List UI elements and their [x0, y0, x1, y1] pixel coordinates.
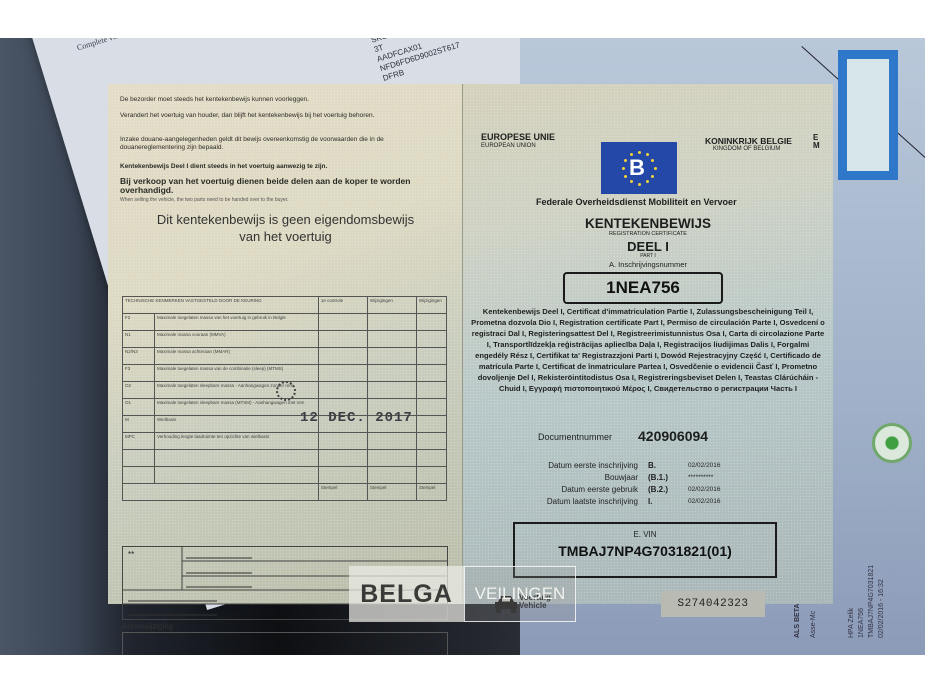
date-code: B.: [648, 461, 656, 470]
row-value-cell: [318, 382, 367, 399]
date-value: 02/02/2016: [688, 486, 721, 493]
date-label: Datum laatste inschrijving: [463, 497, 638, 506]
date-value: 02/02/2016: [688, 498, 721, 505]
row-value-cell: [416, 450, 446, 467]
row-label: Verhouding lengte laadruimte ten opzicht…: [155, 433, 319, 450]
blue-frame-graphic: [838, 50, 898, 180]
star-icon: [624, 159, 627, 162]
row-value-cell: [416, 348, 446, 365]
row-code: MPC: [123, 433, 155, 450]
row-value-cell: [416, 365, 446, 382]
row-code: F2: [123, 314, 155, 331]
issuing-authority: Federale Overheidsdienst Mobiliteit en V…: [536, 197, 737, 207]
notice-text: Inzake douane-aangelegenheden geldt dit …: [120, 136, 435, 152]
row-value-cell: [367, 348, 416, 365]
row-label: Maximale toegelaten massa van de combina…: [155, 365, 319, 382]
ownership-disclaimer: van het voertuig: [108, 229, 463, 244]
official-seal: [276, 381, 296, 401]
date-label: Datum eerste inschrijving: [463, 461, 638, 470]
part-label: DEEL I: [463, 239, 833, 254]
row-value-cell: [416, 433, 446, 450]
star-icon: [646, 180, 649, 183]
document-number-label: Documentnummer: [538, 432, 612, 442]
certificate-title: KENTEKENBEWIJS: [463, 216, 833, 231]
row-label: [155, 450, 319, 467]
registration-certificate: De bezorder moet steeds het kentekenbewi…: [108, 84, 834, 604]
row-value-cell: [416, 382, 446, 399]
row-value-cell: [367, 365, 416, 382]
stamp-label: Stempel: [367, 484, 416, 501]
notice-text: Verandert het voertuig van houder, dan b…: [120, 112, 420, 120]
table-row: N2/N3Maximale massa achteraan (MMAR): [123, 348, 447, 365]
row-value-cell: [318, 314, 367, 331]
row-label: Wielbasis: [155, 416, 319, 433]
row-code: [123, 467, 155, 484]
row-code: M: [123, 416, 155, 433]
star-icon: [654, 167, 657, 170]
table-row: F3Maximale toegelaten massa van de combi…: [123, 365, 447, 382]
row-value-cell: [318, 331, 367, 348]
table-row: F2Maximale toegelaten massa van het voer…: [123, 314, 447, 331]
star-icon: [651, 175, 654, 178]
union-name: EUROPESE UNIE: [481, 132, 555, 142]
row-value-cell: [318, 348, 367, 365]
row-label: [155, 467, 319, 484]
row-value-cell: [318, 433, 367, 450]
row-value-cell: [367, 433, 416, 450]
star-icon: [638, 183, 641, 186]
photo: CE-Certificat de conformité EG-Certifica…: [0, 38, 925, 655]
coc-line: Complete vehicles: [76, 38, 135, 52]
row-value-cell: [318, 450, 367, 467]
row-label: Maximale toegelaten sleepbare massa (MTS…: [155, 399, 319, 416]
plate-number: 1NEA756: [563, 272, 723, 304]
row-value-cell: [367, 314, 416, 331]
star-icon: [624, 175, 627, 178]
row-value-cell: [416, 331, 446, 348]
table-header: TECHNISCHE KENMERKEN VASTGESTELD DOOR DE…: [123, 297, 319, 314]
watermark-logo: BELGA VEILINGEN: [349, 566, 576, 622]
kingdom-name: KONINKRIJK BELGIE: [705, 136, 792, 146]
date-value: **********: [688, 474, 713, 481]
row-label: Maximale massa vooraan (MMVA): [155, 331, 319, 348]
left-page: De bezorder moet steeds het kentekenbewi…: [108, 84, 463, 604]
row-value-cell: [416, 399, 446, 416]
stamp-row: Stempel Stempel Stempel: [123, 484, 447, 501]
multilingual-title: Kentekenbewijs Deel I, Certificat d'imma…: [471, 306, 825, 394]
notice-text: Kentekenbewijs Deel I dient steeds in he…: [120, 163, 327, 170]
row-value-cell: [318, 365, 367, 382]
star-icon: [646, 153, 649, 156]
kingdom-name-english: KINGDOM OF BELGIUM: [713, 146, 780, 152]
table-header: Wijzigingen: [416, 297, 446, 314]
table-row: N1Maximale massa vooraan (MMVA): [123, 331, 447, 348]
date-value: 02/02/2016: [688, 462, 721, 469]
address-change-label: Adreswijziging: [122, 622, 173, 631]
certificate-title-english: REGISTRATION CERTIFICATE: [463, 231, 833, 237]
owner-marker: **: [128, 550, 134, 559]
vertical-text: 1NEA756: [858, 608, 865, 638]
edge-letters: E M: [813, 134, 820, 150]
row-value-cell: [367, 382, 416, 399]
stamp-label: Stempel: [416, 484, 446, 501]
row-code: N2/N3: [123, 348, 155, 365]
notice-text-english: When selling the vehicle, the two parts …: [120, 197, 288, 203]
ownership-disclaimer: Dit kentekenbewijs is geen eigendomsbewi…: [108, 212, 463, 227]
table-row: [123, 450, 447, 467]
row-code: O1: [123, 399, 155, 416]
row-code: O2: [123, 382, 155, 399]
serial-number: S274042323: [661, 591, 765, 617]
plate-number-label: A. Inschrijvingsnummer: [463, 260, 833, 269]
row-value-cell: [318, 467, 367, 484]
star-icon: [651, 159, 654, 162]
watermark-veilingen: VEILINGEN: [464, 566, 576, 622]
row-label: Maximale toegelaten massa van het voertu…: [155, 314, 319, 331]
vertical-text: 02/02/2016 - 16:32: [878, 579, 885, 638]
vin-number: TMBAJ7NP4G7031821(01): [515, 543, 775, 559]
date-label: Bouwjaar: [463, 473, 638, 482]
date-code: (B.1.): [648, 473, 668, 482]
star-icon: [630, 180, 633, 183]
row-code: F3: [123, 365, 155, 382]
table-row: MPCVerhouding lengte laadruimte ten opzi…: [123, 433, 447, 450]
table-row: [123, 467, 447, 484]
row-value-cell: [416, 416, 446, 433]
country-letter: B: [629, 155, 645, 181]
star-icon: [638, 151, 641, 154]
vertical-text: Asse-Mc: [810, 611, 817, 638]
vin-label: E. VIN: [515, 530, 775, 539]
green-swirl-graphic: [872, 423, 912, 463]
vertical-text: HPA Zelik: [848, 608, 855, 638]
star-icon: [630, 153, 633, 156]
right-page: EUROPESE UNIE EUROPEAN UNION KONINKRIJK …: [463, 84, 833, 604]
part-label-english: PART I: [463, 253, 833, 259]
date-label: Datum eerste gebruik: [463, 485, 638, 494]
table-header: 1e controle: [318, 297, 367, 314]
row-code: N1: [123, 331, 155, 348]
table-header-row: TECHNISCHE KENMERKEN VASTGESTELD DOOR DE…: [123, 297, 447, 314]
stamp-label: Stempel: [318, 484, 367, 501]
date-code: I.: [648, 497, 652, 506]
table-header: Wijzigingen: [367, 297, 416, 314]
row-code: [123, 450, 155, 467]
eu-flag-icon: B: [601, 142, 677, 194]
date-code: (B.2.): [648, 485, 668, 494]
notice-text: De bezorder moet steeds het kentekenbewi…: [120, 96, 309, 103]
watermark-belga: BELGA: [349, 566, 464, 622]
address-change-box: [122, 632, 448, 655]
row-value-cell: [367, 450, 416, 467]
row-value-cell: [416, 314, 446, 331]
stamped-date: 12 DEC. 2017: [300, 410, 413, 426]
notice-text: Bij verkoop van het voertuig dienen beid…: [120, 177, 420, 195]
row-value-cell: [367, 331, 416, 348]
row-label: Maximale massa achteraan (MMAR): [155, 348, 319, 365]
vertical-text: TMBAJ7NP4G7031821: [868, 565, 875, 638]
row-value-cell: [367, 467, 416, 484]
document-number: 420906094: [638, 428, 708, 444]
star-icon: [622, 167, 625, 170]
row-value-cell: [416, 467, 446, 484]
union-name-english: EUROPEAN UNION: [481, 143, 536, 149]
